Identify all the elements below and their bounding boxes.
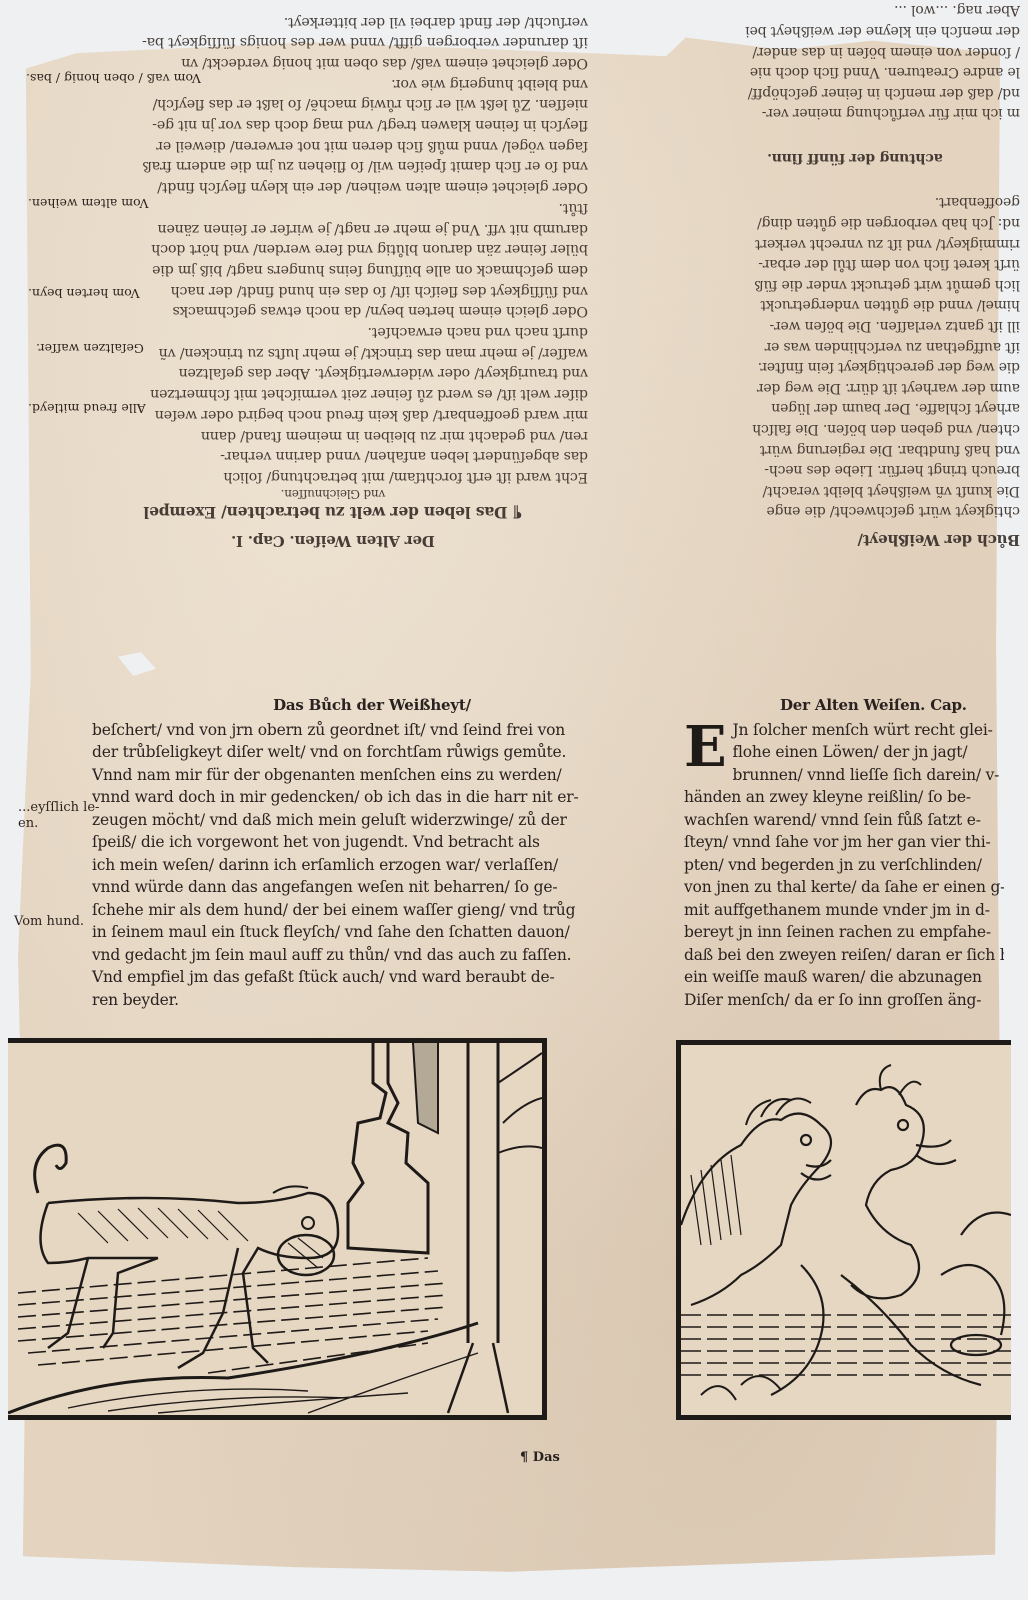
text-line: pten/ vnd begerden jn zu verſchlinden/ — [684, 854, 1004, 877]
right-running-head: Der Alten Weiſen. Cap. — [684, 694, 1004, 717]
upside-running-head: Der Alten Weiſen. Cap. I. — [78, 530, 588, 553]
text-line: Vnd empfiel jm das gefaßt ſtück auch/ vn… — [92, 966, 582, 989]
text-line: von jnen zu thal kerte/ da ſahe er einen… — [684, 876, 1004, 899]
upside-subtitle2: vnd Gleichnuſſen. — [78, 487, 588, 501]
text-line: ſteyn/ vnnd ſahe vor jm her gan vier thi… — [684, 831, 1004, 854]
woodcut-dog-illustration — [8, 1038, 547, 1420]
text-line: mit auffgethanem munde vnder jm in d- — [684, 899, 1004, 922]
text-line: in ſeinem maul ein ſtuck fleyſch/ vnd ſa… — [92, 921, 582, 944]
text-line: brunnen/ vnnd lieſſe ſich darein/ v- — [684, 764, 1004, 787]
drop-cap-letter-e: E — [684, 721, 726, 773]
woodcut-lion-dragon-illustration — [676, 1040, 1011, 1420]
text-line: vnnd würde dann das angefangen weſen nit… — [92, 876, 582, 899]
text-line: händen an zwey kleyne reißlin/ ſo be- — [684, 786, 1004, 809]
text-line: flohe einen Löwen/ der jn jagt/ — [684, 741, 1004, 764]
upside-down-right-column: Bůch der Weißheyt/ chtigkeyt würt geſchw… — [690, 30, 1020, 550]
text-line: vnd gedacht jm ſein maul auff zu thůn/ v… — [92, 944, 582, 967]
lion-and-dragon-icon — [681, 1045, 1011, 1415]
text-line: Jn ſolcher menſch würt recht glei- — [684, 719, 1004, 742]
margin-note: en. — [18, 816, 38, 832]
upside-down-left-column: Der Alten Weiſen. Cap. I. ¶ Das leben de… — [78, 40, 588, 552]
text-line: ein weiſſe mauß waren/ die abzunagen — [684, 966, 1004, 989]
catchword: ¶ Das — [520, 1450, 560, 1465]
left-page-text: Das Bůch der Weißheyt/ beſchert/ vnd von… — [92, 694, 582, 1011]
text-line: zeugen möcht/ vnd daß mich mein geluſt w… — [92, 809, 582, 832]
text-line: ſpeiß/ die ich vorgewont het von jugendt… — [92, 831, 582, 854]
text-line: ich mein weſen/ darinn ich erſamlich erz… — [92, 854, 582, 877]
text-line: Diſer menſch/ da er ſo inn groſſen äng- — [684, 989, 1004, 1012]
upside-subtitle: ¶ Das leben der welt zu betrachten/ Exem… — [78, 501, 588, 524]
text-line: bereyt jn inn ſeinen rachen zu empfahe- — [684, 921, 1004, 944]
text-line: Vnnd nam mir für der obgenanten menſchen… — [92, 764, 582, 787]
text-line: ſchehe mir als dem hund/ der bei einem w… — [92, 899, 582, 922]
upside-margin-note: Vom altem weihen. — [28, 195, 149, 211]
text-line: ren beyder. — [92, 989, 582, 1012]
upside-margin-note: Alle freud mitleyd. — [28, 400, 146, 416]
text-line: daß bei den zweyen reiſen/ daran er ſich… — [684, 944, 1004, 967]
text-line: wachſen warend/ vnnd ſein fůß ſatzt e- — [684, 809, 1004, 832]
text-line: beſchert/ vnd von jrn obern zů geordnet … — [92, 719, 582, 742]
margin-note: ...eyſſlich le- — [18, 800, 99, 816]
upside-margin-note: Geſaltzen waſſer. — [36, 340, 144, 356]
margin-note-vom-hund: Vom hund. — [14, 914, 84, 930]
upside-right-running-head: Bůch der Weißheyt/ — [690, 529, 1020, 550]
text-line: der trůbſeligkeyt diſer welt/ vnd on for… — [92, 741, 582, 764]
left-running-head: Das Bůch der Weißheyt/ — [92, 694, 582, 717]
upside-margin-note: Vom vaß / oben honig / bas. — [26, 70, 201, 86]
right-page-text: Der Alten Weiſen. Cap. E Jn ſolcher menſ… — [684, 694, 1004, 1011]
upside-margin-note: Vom herten beyn. — [28, 285, 140, 301]
text-line: vnnd ward doch in mir gedencken/ ob ich … — [92, 786, 582, 809]
dog-with-meat-icon — [8, 1043, 542, 1415]
